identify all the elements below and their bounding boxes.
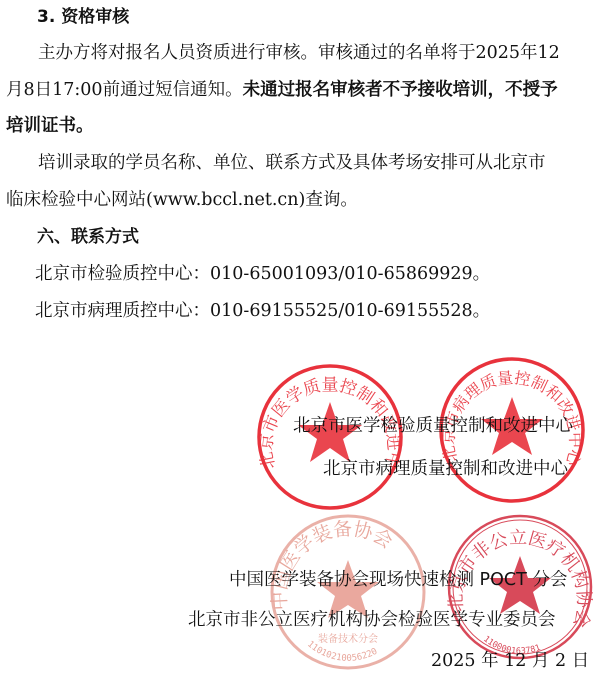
contact-phones: 010-69155525/010-69155528。: [210, 301, 490, 321]
paragraph-review-line-2: 月8日17:00前通过短信通知。未通过报名审核者不予接收培训，不授予: [6, 79, 558, 101]
paragraph-review-line-1: 主办方将对报名人员资质进行审核。审核通过的名单将于2025年12: [38, 42, 560, 64]
signature-date: 2025 年 12 月 2 日: [431, 650, 589, 672]
section-heading-qualification-review: 3. 资格审核: [37, 6, 129, 28]
paragraph-enrollment-line-2: 临床检验中心网站(www.bccl.net.cn)查询。: [6, 189, 358, 211]
contact-label: 北京市检验质控中心：: [35, 264, 210, 284]
signature-org-lab-qc: 北京市医学检验质量控制和改进中心: [293, 415, 573, 437]
paragraph-review-line-3: 培训证书。: [6, 115, 94, 137]
signature-org-nonpublic-medical: 北京市非公立医疗机构协会检验医学专业委员会: [188, 609, 556, 631]
seal-stamp-beijing-lab-qc-icon: 北京市医学质量控制和改进中心: [255, 362, 405, 512]
svg-text:装备技术分会: 装备技术分会: [318, 632, 378, 645]
svg-text:110102100562​20: 110102100562​20: [305, 639, 379, 663]
signature-org-cmea-poct: 中国医学装备协会现场快速检测 POCT 分会: [229, 569, 567, 591]
review-notice-text: 月8日17:00前通过短信通知。: [6, 80, 243, 100]
seal-stamp-cmea-poct-icon: 中国医学装备协会 装备技术分会 110102100562​20: [268, 512, 428, 672]
contact-pathology-qc: 北京市病理质控中心：010-69155525/010-69155528。: [35, 300, 490, 322]
review-rejection-text: 未通过报名审核者不予接收培训，不授予: [243, 80, 558, 100]
contact-label: 北京市病理质控中心：: [35, 301, 210, 321]
section-heading-contact: 六、联系方式: [37, 226, 139, 248]
svg-text:中国医学装备协会: 中国医学装备协会: [269, 518, 397, 611]
signature-org-pathology-qc: 北京市病理质量控制和改进中心: [323, 458, 568, 480]
paragraph-enrollment-line-1: 培训录取的学员名称、单位、联系方式及具体考场安排可从北京市: [38, 152, 546, 174]
contact-lab-qc: 北京市检验质控中心：010-65001093/010-65869929。: [35, 263, 490, 285]
contact-phones: 010-65001093/010-65869929。: [210, 264, 490, 284]
